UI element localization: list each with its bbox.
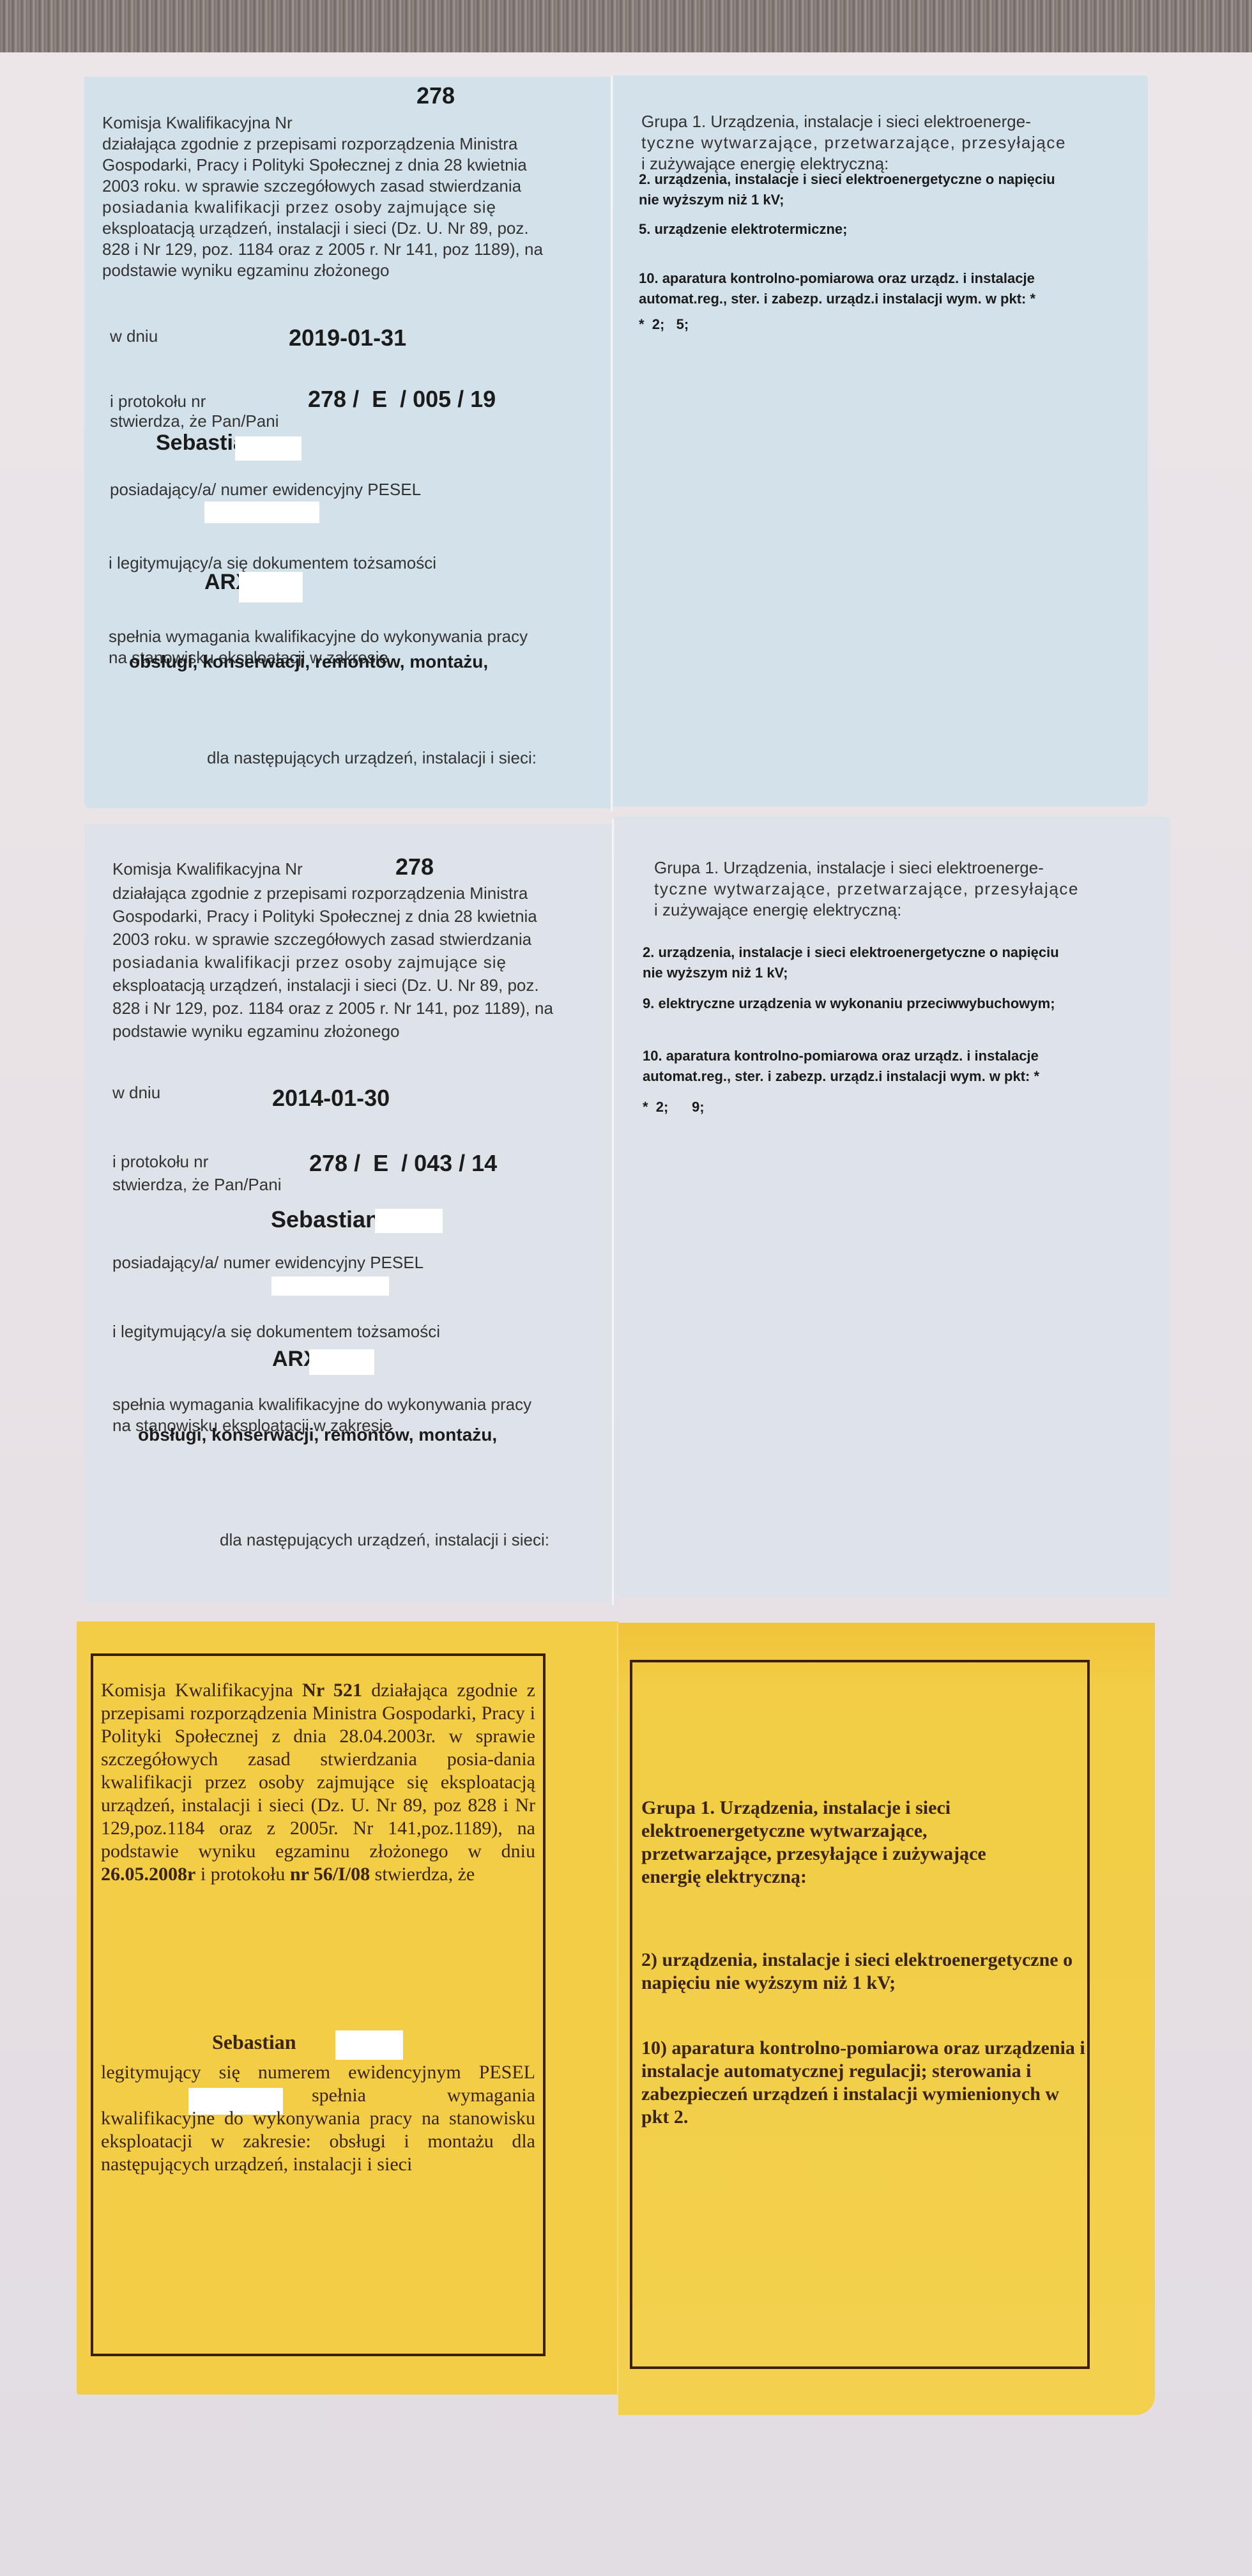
wooden-surface-background [0,0,1252,52]
group-heading-line: tyczne wytwarzające, przetwarzające, prz… [654,878,1079,900]
commission-number: 278 [416,82,455,109]
id-doc-label: i legitymujący/a się dokumentem tożsamoś… [109,553,436,574]
intro-line: podstawie wyniku egzaminu złożonego [112,1020,553,1043]
redacted-id-number [239,572,303,602]
protocol-number: nr 56/I/08 [290,1864,370,1885]
paragraph-text: Komisja Kwalifikacyjna [101,1680,302,1701]
id-doc-label: i legitymujący/a się dokumentem tożsamoś… [112,1321,440,1342]
intro-line: eksploatacją urządzeń, instalacji i siec… [112,974,553,997]
devices-label: dla następujących urządzeń, instalacji i… [220,1529,549,1551]
requirements-line-1: spełnia wymagania kwalifikacyjne do wyko… [109,626,528,647]
scope-text: obsługi, konserwacji, remontów, montażu, [138,1425,497,1445]
devices-label: dla następujących urządzeń, instalacji i… [207,747,537,769]
certificate-paragraph: Komisja Kwalifikacyjna Nr 521 działająca… [101,1679,535,1886]
intro-line: 828 i Nr 129, poz. 1184 oraz z 2005 r. N… [102,239,543,260]
intro-line: eksploatacją urządzeń, instalacji i siec… [102,218,543,239]
redacted-id-number [309,1349,374,1375]
paragraph-text: i protokołu [195,1864,290,1885]
intro-text: działająca zgodnie z przepisami rozporzą… [112,882,553,1043]
item-5: 5. urządzenie elektrotermiczne; [639,221,847,238]
cert-2014-right-page: Grupa 1. Urządzenia, instalacje i sieci … [615,816,1170,1597]
protocol-value: 278 / E / 043 / 14 [309,1150,497,1177]
pesel-label: legitymujący się numerem ewidencyjnym PE… [101,2062,535,2083]
protocol-label: i protokołu nr [110,391,206,412]
item-10: 10) aparatura kontrolno-pomiarowa oraz u… [641,2037,1088,2129]
commission-label: Komisja Kwalifikacyjna Nr [102,112,293,134]
intro-line: 2003 roku. w sprawie szczegółowych zasad… [112,928,553,951]
cert-2014-left-page: Komisja Kwalifikacyjna Nr 278 działająca… [84,824,612,1602]
cert-2008-right-page: Grupa 1. Urządzenia, instalacje i sieci … [618,1623,1155,2415]
date-value: 2019-01-31 [289,325,406,351]
pesel-label: posiadający/a/ numer ewidencyjny PESEL [112,1252,424,1273]
intro-line: działająca zgodnie z przepisami rozporzą… [112,882,553,905]
item-9: 9. elektryczne urządzenia w wykonaniu pr… [643,995,1055,1012]
item-10-line: automat.reg., ster. i zabezp. urządz.i i… [639,291,1035,307]
intro-line: podstawie wyniku egzaminu złożonego [102,260,543,281]
commission-number: 278 [395,854,434,880]
intro-line: posiadania kwalifikacji przez osoby zajm… [102,197,543,218]
requirements-paragraph: spełnia wymagania kwalifikacyjne do wyko… [101,2084,535,2176]
item-10-line: 10. aparatura kontrolno-pomiarowa oraz u… [639,270,1035,287]
person-first-name: Sebastian [271,1206,379,1233]
protocol-value: 278 / E / 005 / 19 [308,386,496,413]
cert-2019-fold [611,75,613,811]
pesel-label: posiadający/a/ numer ewidencyjny PESEL [110,479,421,500]
date-label: w dniu [110,326,158,347]
item-10-line: 10. aparatura kontrolno-pomiarowa oraz u… [643,1048,1039,1064]
footnote-points: * 2; 9; [643,1099,705,1115]
cert-2019-right-page: Grupa 1. Urządzenia, instalacje i sieci … [613,75,1148,806]
intro-line: 2003 roku. w sprawie szczegółowych zasad… [102,176,543,197]
date-label: w dniu [112,1082,160,1103]
group-heading-line: i zużywające energię elektryczną: [654,900,901,921]
item-2-line: nie wyższym niż 1 kV; [639,192,784,208]
group-heading-line: Grupa 1. Urządzenia, instalacje i sieci … [654,857,1044,878]
redacted-surname [335,2030,403,2060]
item-2-line: 2. urządzenia, instalacje i sieci elektr… [643,944,1059,961]
item-10-line: automat.reg., ster. i zabezp. urządz.i i… [643,1068,1039,1085]
intro-line: działająca zgodnie z przepisami rozporzą… [102,134,543,155]
exam-date: 26.05.2008r [101,1864,195,1885]
paragraph-text: spełnia wymagania kwalifikacyjne do wyko… [101,2085,535,2175]
intro-line: Gospodarki, Pracy i Polityki Społecznej … [102,155,543,176]
item-2-line: 2. urządzenia, instalacje i sieci elektr… [639,171,1055,188]
requirements-line-1: spełnia wymagania kwalifikacyjne do wyko… [112,1394,531,1415]
intro-line: posiadania kwalifikacji przez osoby zajm… [112,951,553,974]
confirms-label: stwierdza, że Pan/Pani [112,1174,281,1195]
commission-label: Komisja Kwalifikacyjna Nr [112,859,303,880]
person-first-name: Sebastian [212,2030,296,2054]
intro-text: działająca zgodnie z przepisami rozporzą… [102,134,543,281]
cert-2014-fold [612,819,614,1605]
group-heading-line: Grupa 1. Urządzenia, instalacje i sieci … [641,111,1031,132]
pesel-paragraph: legitymujący się numerem ewidencyjnym PE… [101,2061,535,2084]
group-heading: Grupa 1. Urządzenia, instalacje i sieci … [641,1797,1050,1889]
group-heading-line: tyczne wytwarzające, przetwarzające, prz… [641,132,1066,153]
intro-line: 828 i Nr 129, poz. 1184 oraz z 2005 r. N… [112,997,553,1020]
redacted-surname [375,1209,443,1233]
item-2-line: nie wyższym niż 1 kV; [643,965,788,981]
cert-2008-left-page: Komisja Kwalifikacyjna Nr 521 działająca… [77,1621,618,2395]
scope-text: obsługi, konserwacji, remontów, montażu, [129,652,488,672]
commission-number: Nr 521 [302,1680,362,1701]
paragraph-text: stwierdza, że [370,1864,475,1885]
footnote-points: * 2; 5; [639,316,689,333]
date-value: 2014-01-30 [272,1085,390,1112]
confirms-label: stwierdza, że Pan/Pani [110,411,279,432]
right-page-border [630,1660,1090,2369]
redacted-pesel [204,502,319,523]
paragraph-text: działająca zgodnie z przepisami rozporzą… [101,1680,535,1862]
redacted-surname [235,436,302,461]
protocol-label: i protokołu nr [112,1151,208,1172]
intro-line: Gospodarki, Pracy i Polityki Społecznej … [112,905,553,928]
redacted-pesel [271,1276,389,1296]
cert-2019-left-page: 278 Komisja Kwalifikacyjna Nr działająca… [84,77,611,808]
item-2: 2) urządzenia, instalacje i sieci elektr… [641,1949,1082,1995]
